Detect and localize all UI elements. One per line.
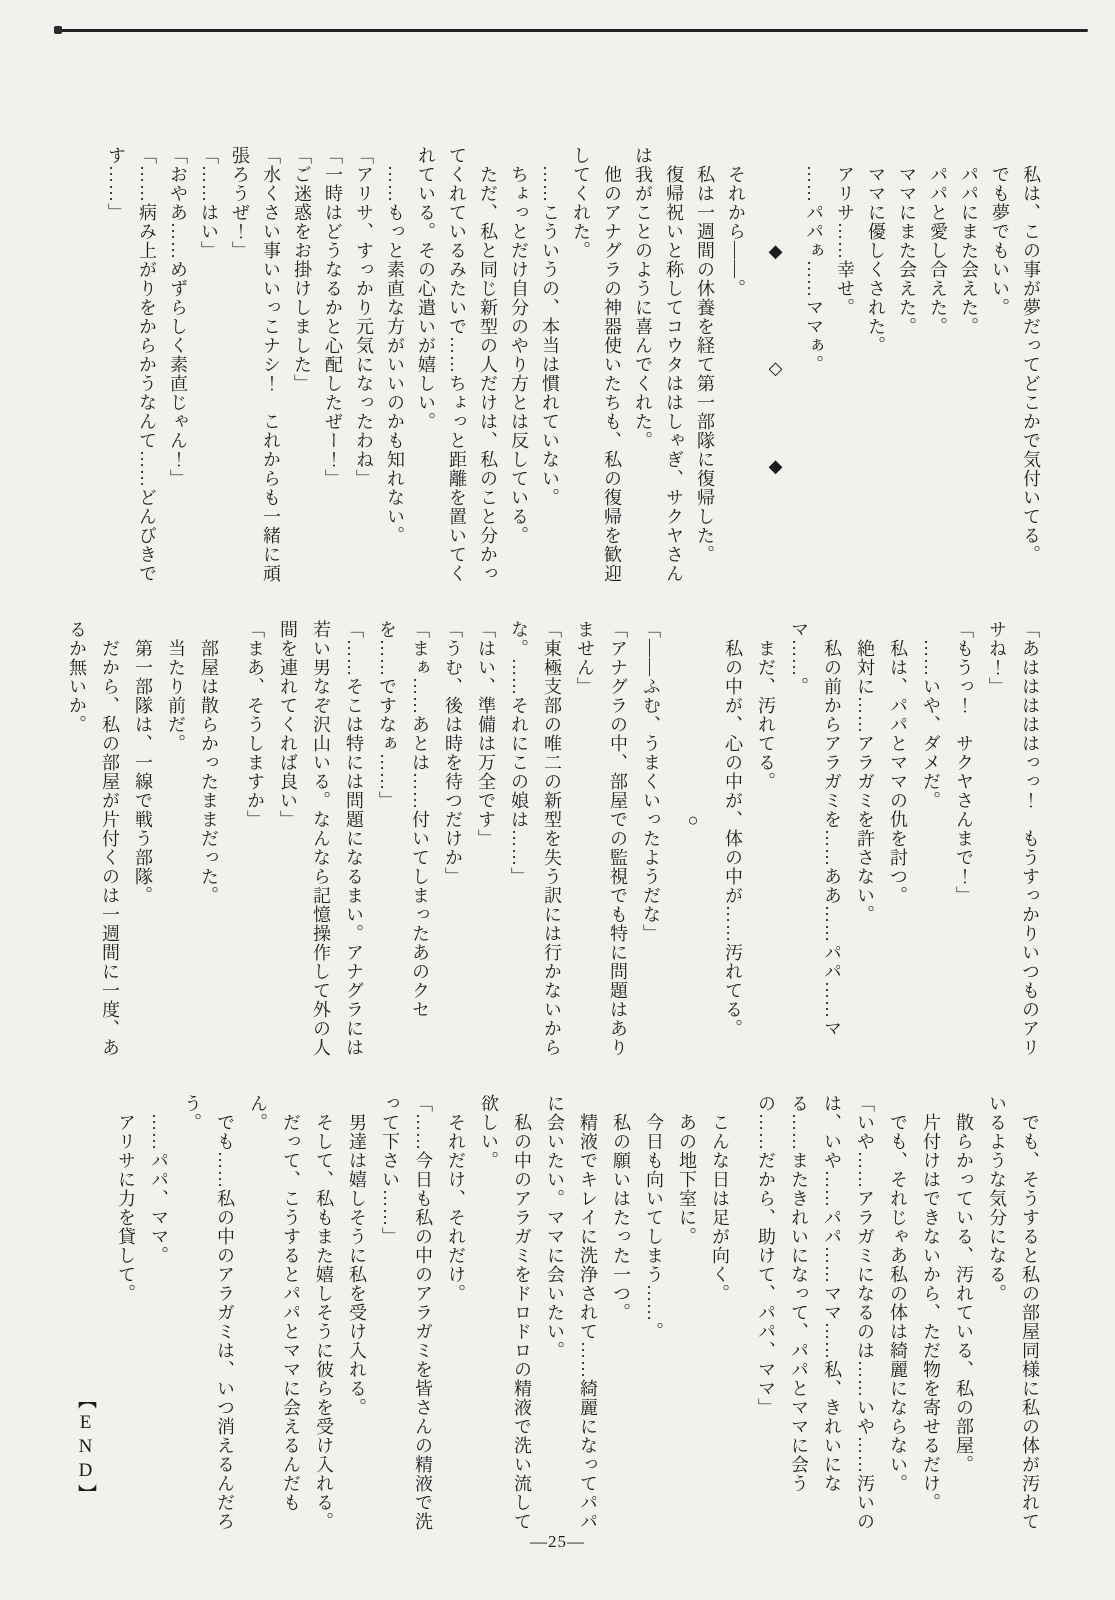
narration-line: アリサに力を貸して。 [109, 1094, 142, 1538]
dialogue-line: 「うむ、後は時を待つだけか」 [436, 620, 469, 1064]
dialogue-line: 「……そこは特には問題になるまい。アナグラには若い男なぞ沢山いる。なんなら記憶操… [271, 620, 370, 1064]
narration-line: 他のアナグラの神器使いたちも、私の復帰を歓迎してくれた。 [565, 146, 627, 590]
narration-line: アリサ……幸せ。 [829, 146, 860, 590]
end-marker: 【END】 [72, 1390, 99, 1506]
narration-line: ……こういうの、本当は慣れていない。 [534, 146, 565, 590]
narration-line: でも夢でもいい。 [984, 146, 1015, 590]
narration-line: 今日も向いてしまう……。 [637, 1094, 670, 1538]
dialogue-line: 「一時はどうなるかと心配したぜー！」 [317, 146, 348, 590]
dialogue-line: 「いや……アラガミになるのは……いや……汚いのは、いや……パパ……ママ……私、き… [749, 1094, 881, 1538]
narration-line: それから――。 [720, 146, 751, 590]
narration-line: だって、こうするとパパとママに会えるんだもん。 [241, 1094, 307, 1538]
narration-line: 私の中が、心の中が、体の中が……汚れてる。 [716, 620, 749, 1064]
text-band-bottom: でも、そうすると私の部屋同様に私の体が汚れているような気分になる。 散らかってい… [109, 1094, 1046, 1538]
narration-line: だから、私の部屋が片付くのは一週間に一度、あるか無いか。 [60, 620, 126, 1064]
dialogue-line: 「――ふむ、うまくいったようだな」 [634, 620, 667, 1064]
dialogue-line: 「水くさい事いいっこナシ！ これからも一緒に頑張ろうぜ！」 [224, 146, 286, 590]
circle-section-divider: ○ [676, 620, 709, 1064]
narration-line: でも……私の中のアラガミは、いつ消えるんだろう。 [175, 1094, 241, 1538]
narration-line: 部屋は散らかったままだった。 [192, 620, 225, 1064]
dialogue-line: 「……病み上がりをからかうなんて……どんびきです……」 [100, 146, 162, 590]
dialogue-line: 「……はい」 [193, 146, 224, 590]
dialogue-line: 「まぁ……あとは……付いてしまったあのクセを……ですなぁ……」 [370, 620, 436, 1064]
narration-line: ただ、私と同じ新型の人だけは、私のこと分かってくれているみたいで……ちょっと距離… [410, 146, 503, 590]
narration-line: ママにまた会えた。 [891, 146, 922, 590]
narration-line: ママに優しくされた。 [860, 146, 891, 590]
narration-line: 私は、パパとママの仇を討つ。 [881, 620, 914, 1064]
narration-line: まだ、汚れてる。 [749, 620, 782, 1064]
text-band-middle: 「あはははははっっ！ もうすっかりいつものアリサね！」 「もうっ！ サクヤさんま… [60, 620, 1046, 1064]
narration-line: パパにまた会えた。 [953, 146, 984, 590]
diamond-section-divider: ◆ ◇ ◆ [760, 146, 791, 590]
dialogue-line: 「ご迷惑をお掛けしました」 [286, 146, 317, 590]
narration-line: 第一部隊は、一線で戦う部隊。 [126, 620, 159, 1064]
text-band-top: 私は、この事が夢だってどこかで気付いてる。 でも夢でもいい。 パパにまた会えた。… [100, 146, 1046, 590]
narration-line: 当たり前だ。 [159, 620, 192, 1064]
dialogue-line: 「もうっ！ サクヤさんまで！」 [947, 620, 980, 1064]
scan-artifact-speck [54, 26, 62, 34]
dialogue-line: 「東極支部の唯二の新型を失う訳には行かないからな。……それにこの娘は……」 [502, 620, 568, 1064]
narration-line: 私の前からアラガミを……ああ……パパ……ママ……。 [782, 620, 848, 1064]
narration-line: ちょっとだけ自分のやり方とは反している。 [503, 146, 534, 590]
narration-line: 私の中のアラガミをドロドロの精液で洗い流して欲しい。 [472, 1094, 538, 1538]
narration-line: 私は一週間の休養を経て第一部隊に復帰した。 [689, 146, 720, 590]
narration-line: 私は、この事が夢だってどこかで気付いてる。 [1015, 146, 1046, 590]
scan-artifact-line [54, 29, 1088, 32]
dialogue-line: 「アナグラの中、部屋での監視でも特に問題はありません」 [568, 620, 634, 1064]
narration-line: 精液でキレイに洗浄されて……綺麗になってパパに会いたい。ママに会いたい。 [538, 1094, 604, 1538]
narration-line: パパと愛し合えた。 [922, 146, 953, 590]
narration-line: 絶対に……アラガミを許さない。 [848, 620, 881, 1064]
dialogue-line: 「はい、準備は万全です」 [469, 620, 502, 1064]
narration-line: そして、私もまた嬉しそうに彼らを受け入れる。 [307, 1094, 340, 1538]
narration-line: 私の願いはたった一つ。 [604, 1094, 637, 1538]
scanned-novel-page: 私は、この事が夢だってどこかで気付いてる。 でも夢でもいい。 パパにまた会えた。… [0, 0, 1115, 1600]
dialogue-line: 「おやあ……めずらしく素直じゃん！」 [162, 146, 193, 590]
narration-line: 片付けはできないから、ただ物を寄せるだけ。 [914, 1094, 947, 1538]
narration-line: ……パパ、ママ。 [142, 1094, 175, 1538]
dialogue-line: 「あはははははっっ！ もうすっかりいつものアリサね！」 [980, 620, 1046, 1064]
narration-line: 男達は嬉しそうに私を受け入れる。 [340, 1094, 373, 1538]
narration-line: 復帰祝いと称してコウタははしゃぎ、サクヤさんは我がことのように喜んでくれた。 [627, 146, 689, 590]
narration-line: 散らかっている、汚れている、私の部屋。 [947, 1094, 980, 1538]
narration-line: それだけ、それだけ。 [439, 1094, 472, 1538]
dialogue-line: 「まあ、そうしますか」 [238, 620, 271, 1064]
narration-line: でも、そうすると私の部屋同様に私の体が汚れているような気分になる。 [980, 1094, 1046, 1538]
narration-line: でも、それじゃあ私の体は綺麗にならない。 [881, 1094, 914, 1538]
dialogue-line: 「アリサ、すっかり元気になったわね」 [348, 146, 379, 590]
narration-line: ……パパぁ……ママぁ。 [798, 146, 829, 590]
narration-line: こんな日は足が向く。 [703, 1094, 736, 1538]
page-number: —25— [0, 1532, 1115, 1552]
dialogue-line: 「……今日も私の中のアラガミを皆さんの精液で洗って下さい……」 [373, 1094, 439, 1538]
narration-line: あの地下室に。 [670, 1094, 703, 1538]
narration-line: ……もっと素直な方がいいのかも知れない。 [379, 146, 410, 590]
narration-line: ……いや、ダメだ。 [914, 620, 947, 1064]
